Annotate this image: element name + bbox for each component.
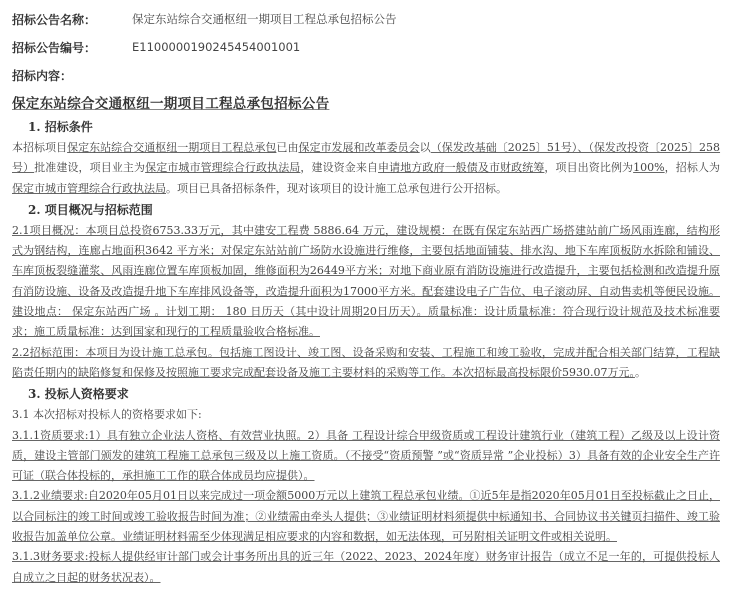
section-3-1-paragraph: 3.1 本次招标对投标人的资格要求如下: [12,405,720,425]
announcement-content-label: 招标内容： [12,67,132,84]
section-1-paragraph: 本招标项目保定东站综合交通枢纽一期项目工程总承包已由保定市发展和改革委员会以（保… [12,138,720,199]
section-3-1-2-paragraph: 3.1.2业绩要求:自2020年05月01日以来完成过一项金额5000万元以上建… [12,486,720,547]
announcement-name-row: 招标公告名称： 保定东站综合交通枢纽一期项目工程总承包招标公告 [12,5,740,33]
text: 。项目已具备招标条件，现对该项目的设计施工总承包进行公开招标。 [166,182,507,195]
project-name: 保定东站综合交通枢纽一期项目工程总承包 [67,141,276,154]
announcement-code-label: 招标公告编号： [12,39,132,56]
text: 。 [635,366,646,379]
announcement-page: 招标公告名称： 保定东站综合交通枢纽一期项目工程总承包招标公告 招标公告编号： … [0,5,740,588]
announcement-code-row: 招标公告编号： E1100000190245454001001 [12,33,740,61]
announcement-name-label: 招标公告名称： [12,11,132,28]
funding-ratio: 100% [633,161,664,174]
section-3-1-3-paragraph: 3.1.3财务要求:投标人提供经审计部门或会计事务所出具的近三年（2022、20… [12,547,720,588]
approval-authority: 保定市发展和改革委员会 [298,141,419,154]
text: 本招标项目 [12,141,67,154]
scope-text: 2.2招标范围：本项目为设计施工总承包。包括施工图设计、竣工图、设备采购和安装、… [12,346,720,379]
funding-source: 申请地方政府一般债及市财政统筹 [378,161,544,174]
document-title: 保定东站综合交通枢纽一期项目工程总承包招标公告 [12,92,740,116]
section-2-1-paragraph: 2.1项目概况：本项目总投资6753.33万元，其中建安工程费 5886.64 … [12,221,720,343]
announcement-code-value: E1100000190245454001001 [132,40,300,54]
text: ，招标人为 [665,161,720,174]
section-2-2-paragraph: 2.2招标范围：本项目为设计施工总承包。包括施工图设计、竣工图、设备采购和安装、… [12,343,720,384]
text: 批准建设，项目业主为 [34,161,145,174]
announcement-content-row: 招标内容： [12,61,740,89]
text: ，项目出资比例为 [544,161,633,174]
text: 已由 [276,141,298,154]
project-owner: 保定市城市管理综合行政执法局 [145,161,300,174]
section-2-heading: 2. 项目概况与招标范围 [12,199,740,221]
section-1-heading: 1. 招标条件 [12,116,740,138]
text: 以 [420,141,431,154]
tenderer: 保定市城市管理综合行政执法局 [12,182,166,195]
text: ，建设资金来自 [300,161,378,174]
section-3-1-1-paragraph: 3.1.1资质要求:1）具有独立企业法人资格、有效营业执照。2）具备 工程设计综… [12,426,720,487]
announcement-name-value: 保定东站综合交通枢纽一期项目工程总承包招标公告 [132,11,397,27]
section-3-heading: 3. 投标人资格要求 [12,383,740,405]
